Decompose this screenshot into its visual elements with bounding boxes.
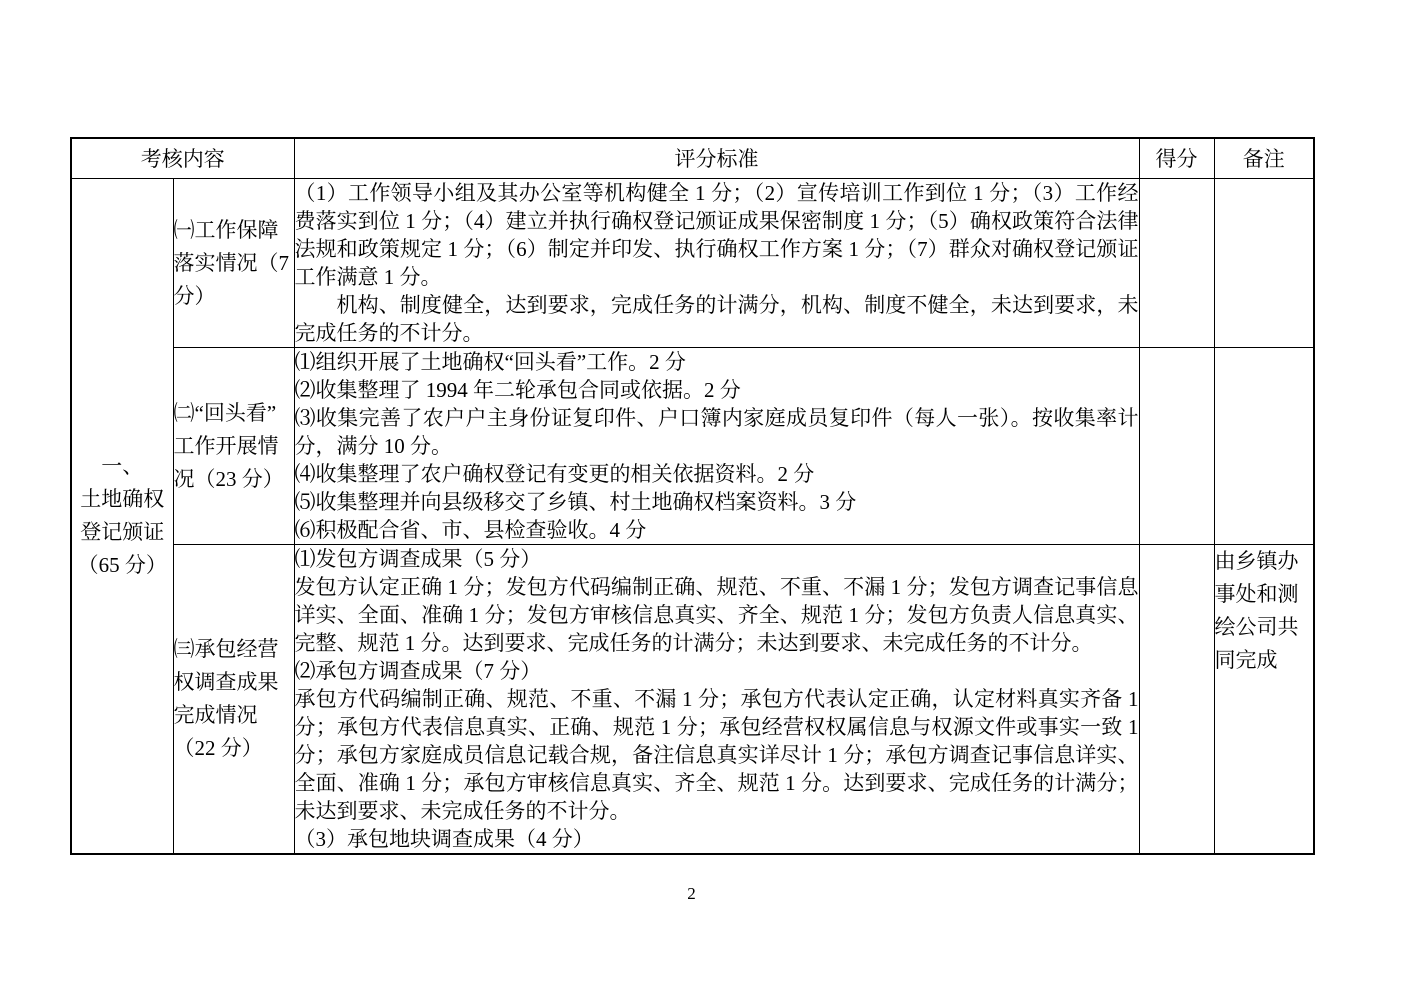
criteria-paragraph: ⑴发包方调查成果（5 分） [295, 545, 1139, 573]
criteria-paragraph: （1）工作领导小组及其办公室等机构健全 1 分；（2）宣传培训工作到位 1 分；… [295, 179, 1139, 291]
table-row-work-guarantee: 一、 土地确权 登记颁证 （65 分） ㈠工作保障 落实情况（7 分） （1）工… [71, 179, 1314, 348]
header-cell-content: 考核内容 [71, 138, 294, 179]
criteria-paragraph: 承包方代码编制正确、规范、不重、不漏 1 分；承包方代表认定正确，认定材料真实齐… [295, 685, 1139, 825]
score-cell [1139, 545, 1214, 855]
remark-cell: 由乡镇办 事处和测 绘公司共 同完成 [1214, 545, 1314, 855]
score-cell [1139, 179, 1214, 348]
criteria-cell-look-back: ⑴组织开展了土地确权“回头看”工作。2 分 ⑵收集整理了 1994 年二轮承包合… [294, 348, 1139, 545]
criteria-paragraph: ⑵收集整理了 1994 年二轮承包合同或依据。2 分 [295, 376, 1139, 404]
row-label-contract-survey: ㈢承包经营 权调查成果 完成情况 （22 分） [173, 545, 294, 855]
remark-cell [1214, 179, 1314, 348]
criteria-paragraph: ⑴组织开展了土地确权“回头看”工作。2 分 [295, 348, 1139, 376]
criteria-paragraph: ⑷收集整理了农户确权登记有变更的相关依据资料。2 分 [295, 460, 1139, 488]
criteria-paragraph: （3）承包地块调查成果（4 分） [295, 825, 1139, 853]
remark-cell [1214, 348, 1314, 545]
row-label-work-guarantee: ㈠工作保障 落实情况（7 分） [173, 179, 294, 348]
criteria-paragraph: ⑵承包方调查成果（7 分） [295, 657, 1139, 685]
score-cell [1139, 348, 1214, 545]
header-cell-remark: 备注 [1214, 138, 1314, 179]
criteria-cell-work-guarantee: （1）工作领导小组及其办公室等机构健全 1 分；（2）宣传培训工作到位 1 分；… [294, 179, 1139, 348]
table-row-contract-survey: ㈢承包经营 权调查成果 完成情况 （22 分） ⑴发包方调查成果（5 分） 发包… [71, 545, 1314, 855]
criteria-paragraph: ⑸收集整理并向县级移交了乡镇、村土地确权档案资料。3 分 [295, 488, 1139, 516]
criteria-paragraph: 发包方认定正确 1 分；发包方代码编制正确、规范、不重、不漏 1 分；发包方调查… [295, 573, 1139, 657]
assessment-table: 考核内容 评分标准 得分 备注 一、 土地确权 登记颁证 （65 分） ㈠工作保… [70, 137, 1315, 855]
criteria-paragraph: 机构、制度健全，达到要求，完成任务的计满分，机构、制度不健全，未达到要求，未完成… [295, 291, 1139, 347]
section-cell-land-certification: 一、 土地确权 登记颁证 （65 分） [71, 179, 173, 855]
header-cell-score: 得分 [1139, 138, 1214, 179]
criteria-paragraph: ⑹积极配合省、市、县检查验收。4 分 [295, 516, 1139, 544]
table-row-look-back: ㈡“回头看” 工作开展情 况（23 分） ⑴组织开展了土地确权“回头看”工作。2… [71, 348, 1314, 545]
header-cell-criteria: 评分标准 [294, 138, 1139, 179]
criteria-paragraph: ⑶收集完善了农户户主身份证复印件、户口簿内家庭成员复印件（每人一张）。按收集率计… [295, 404, 1139, 460]
header-row: 考核内容 评分标准 得分 备注 [71, 138, 1314, 179]
criteria-cell-contract-survey: ⑴发包方调查成果（5 分） 发包方认定正确 1 分；发包方代码编制正确、规范、不… [294, 545, 1139, 855]
page-number: 2 [70, 884, 1313, 904]
document-page: 考核内容 评分标准 得分 备注 一、 土地确权 登记颁证 （65 分） ㈠工作保… [0, 0, 1403, 992]
row-label-look-back: ㈡“回头看” 工作开展情 况（23 分） [173, 348, 294, 545]
